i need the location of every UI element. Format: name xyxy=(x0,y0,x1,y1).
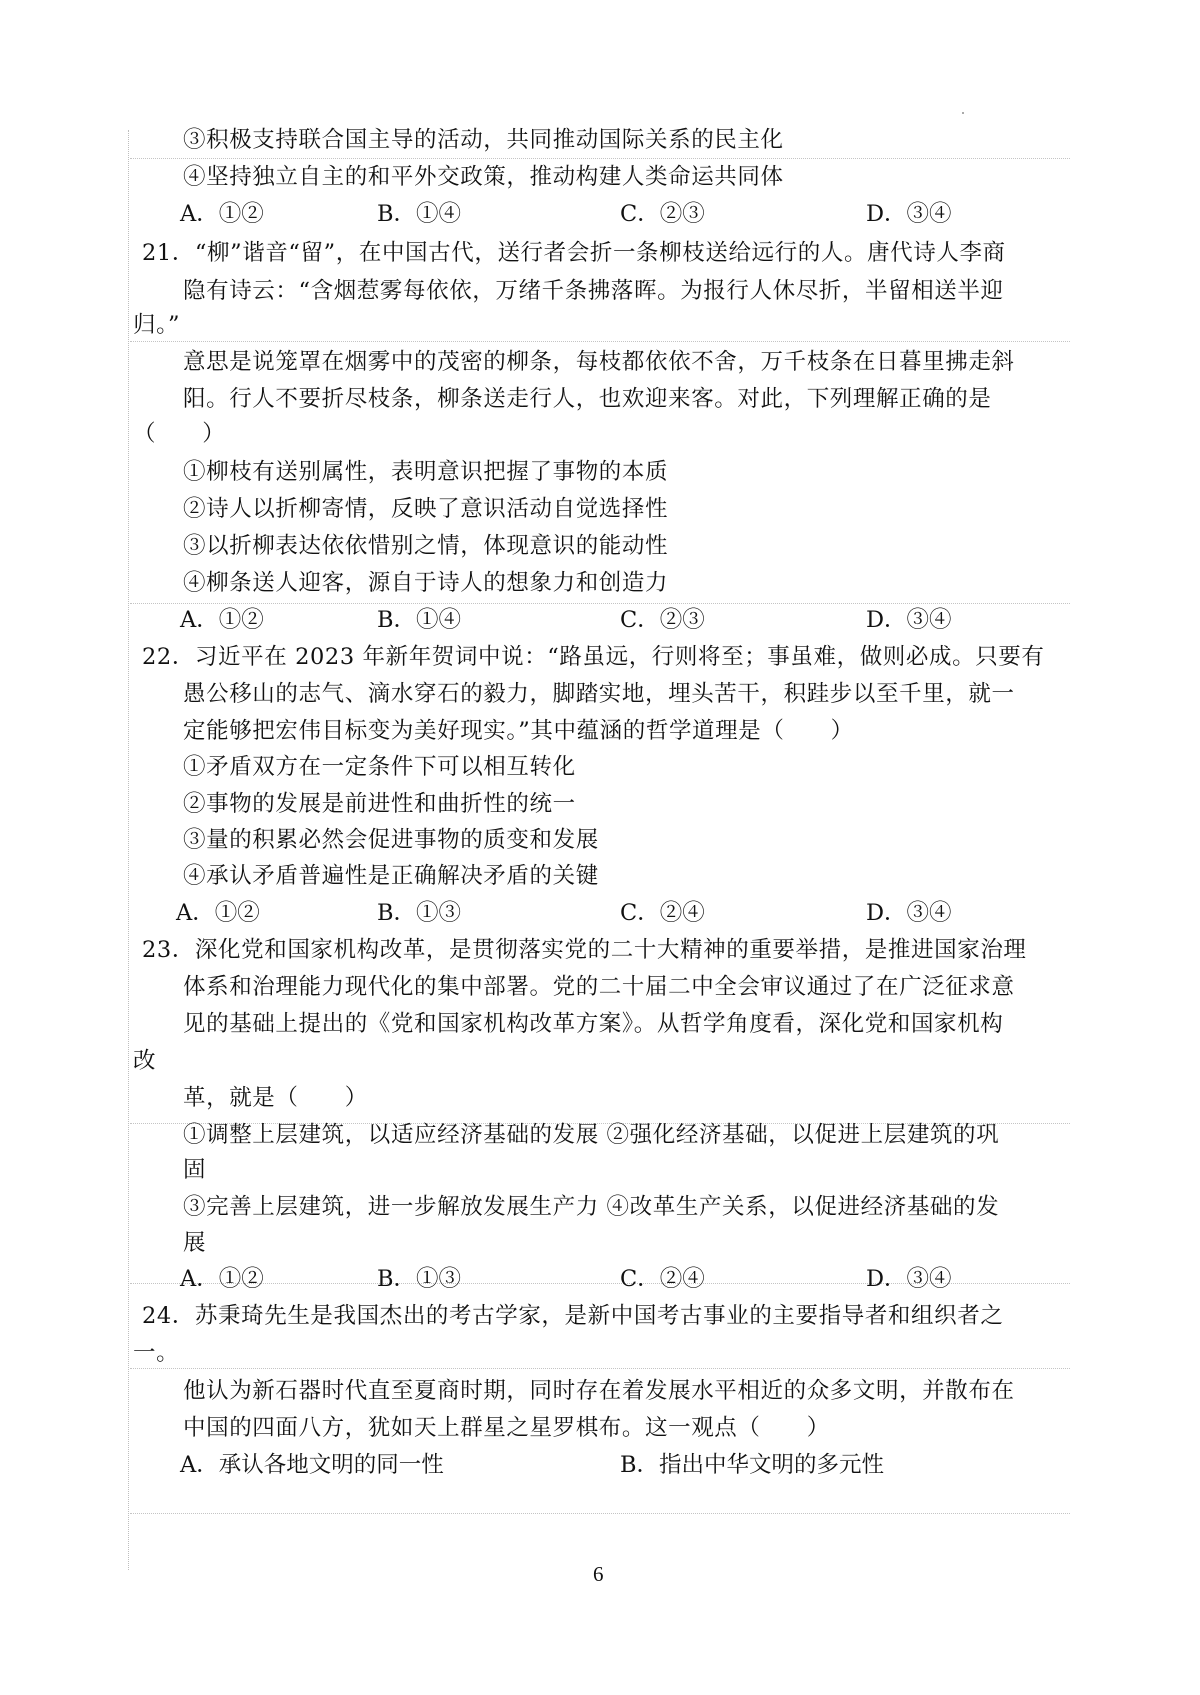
q22-option-b: B．①③ xyxy=(377,898,461,928)
q22-option-c: C．②④ xyxy=(620,898,705,928)
q24-stem-line: 中国的四面八方，犹如天上群星之星罗棋布。这一观点（ ） xyxy=(183,1413,830,1443)
guide-line xyxy=(130,603,1070,604)
q24-stem-line: 他认为新石器时代直至夏商时期，同时存在着发展水平相近的众多文明，并散布在 xyxy=(183,1376,1015,1406)
q22-item-1: ①矛盾双方在一定条件下可以相互转化 xyxy=(183,752,576,782)
q20-option-b: B．①④ xyxy=(377,199,461,229)
q23-item-2-wrap: 固 xyxy=(183,1155,206,1185)
q22-item-4: ④承认矛盾普遍性是正确解决矛盾的关键 xyxy=(183,861,599,891)
q21-item-4: ④柳条送人迎客，源自于诗人的想象力和创造力 xyxy=(183,568,668,598)
q23-item-3-4: ③完善上层建筑，进一步解放发展生产力 ④改革生产关系，以促进经济基础的发 xyxy=(183,1192,999,1222)
margin-guide xyxy=(128,130,129,1570)
q24-option-b: B．指出中华文明的多元性 xyxy=(620,1450,884,1480)
q23-item-4-wrap: 展 xyxy=(183,1228,206,1258)
q21-option-d: D．③④ xyxy=(866,605,952,635)
q22-option-a: A．①② xyxy=(176,898,260,928)
q23-option-d: D．③④ xyxy=(866,1264,952,1294)
q24-option-a: A．承认各地文明的同一性 xyxy=(180,1450,444,1480)
q23-stem-line: 见的基础上提出的《党和国家机构改革方案》。从哲学角度看，深化党和国家机构 xyxy=(183,1009,1003,1039)
exam-page: ③积极支持联合国主导的活动，共同推动国际关系的民主化 ④坚持独立自主的和平外交政… xyxy=(0,0,1200,1695)
q21-option-c: C．②③ xyxy=(620,605,705,635)
q22-item-2: ②事物的发展是前进性和曲折性的统一 xyxy=(183,789,576,819)
q20-item-4: ④坚持独立自主的和平外交政策，推动构建人类命运共同体 xyxy=(183,162,784,192)
q23-option-c: C．②④ xyxy=(620,1264,705,1294)
q21-stem-line: 隐有诗云：“含烟惹雾每依依，万绪千条拂落晖。为报行人休尽折，半留相送半迎 xyxy=(183,276,1004,306)
q23-stem-line: 体系和治理能力现代化的集中部署。党的二十届二中全会审议通过了在广泛征求意 xyxy=(183,972,1015,1002)
q22-option-d: D．③④ xyxy=(866,898,952,928)
q21-option-a: A．①② xyxy=(180,605,264,635)
q23-option-b: B．①③ xyxy=(377,1264,461,1294)
q21-item-2: ②诗人以折柳寄情，反映了意识活动自觉选择性 xyxy=(183,494,668,524)
q20-option-a: A．①② xyxy=(180,199,264,229)
q22-stem-line: 愚公移山的志气、滴水穿石的毅力，脚踏实地，埋头苦干，积跬步以至千里，就一 xyxy=(183,679,1015,709)
q22-item-3: ③量的积累必然会促进事物的质变和发展 xyxy=(183,825,599,855)
q21-option-b: B．①④ xyxy=(377,605,461,635)
q20-option-d: D．③④ xyxy=(866,199,952,229)
q20-item-3: ③积极支持联合国主导的活动，共同推动国际关系的民主化 xyxy=(183,125,784,155)
q24-stem-line: 一。 xyxy=(133,1338,179,1368)
q21-stem-line: 阳。行人不要折尽枝条，柳条送走行人，也欢迎来客。对此，下列理解正确的是 xyxy=(183,384,992,414)
q23-stem-line: 革，就是（ ） xyxy=(183,1083,368,1113)
q24-stem-line: 24．苏秉琦先生是我国杰出的考古学家，是新中国考古事业的主要指导者和组织者之 xyxy=(142,1301,1003,1331)
q23-stem-line: 改 xyxy=(133,1046,156,1076)
q21-item-3: ③以折柳表达依依惜别之情，体现意识的能动性 xyxy=(183,531,668,561)
q23-option-a: A．①② xyxy=(180,1264,264,1294)
guide-line xyxy=(130,1368,1070,1369)
q21-answer-blank: （ ） xyxy=(133,419,225,449)
guide-line xyxy=(130,341,1070,342)
q22-stem-line: 22．习近平在 2023 年新年贺词中说：“路虽远，行则将至；事虽难，做则必成。… xyxy=(142,642,1045,672)
q21-stem-line: 归。” xyxy=(133,310,180,340)
q20-option-c: C．②③ xyxy=(620,199,705,229)
scan-mark xyxy=(962,112,964,114)
q21-stem-line: 21．“柳”谐音“留”，在中国古代，送行者会折一条柳枝送给远行的人。唐代诗人李商 xyxy=(142,238,1006,268)
guide-line xyxy=(130,1513,1070,1514)
guide-line xyxy=(130,158,1070,159)
q21-stem-line: 意思是说笼罩在烟雾中的茂密的柳条，每枝都依依不舍，万千枝条在日暮里拂走斜 xyxy=(183,347,1015,377)
q23-item-1-2: ①调整上层建筑，以适应经济基础的发展 ②强化经济基础，以促进上层建筑的巩 xyxy=(183,1120,999,1150)
q21-item-1: ①柳枝有送别属性，表明意识把握了事物的本质 xyxy=(183,457,668,487)
q22-stem-line: 定能够把宏伟目标变为美好现实。”其中蕴涵的哲学道理是（ ） xyxy=(183,716,854,746)
page-number: 6 xyxy=(593,1562,604,1587)
q23-stem-line: 23．深化党和国家机构改革，是贯彻落实党的二十大精神的重要举措，是推进国家治理 xyxy=(142,935,1027,965)
